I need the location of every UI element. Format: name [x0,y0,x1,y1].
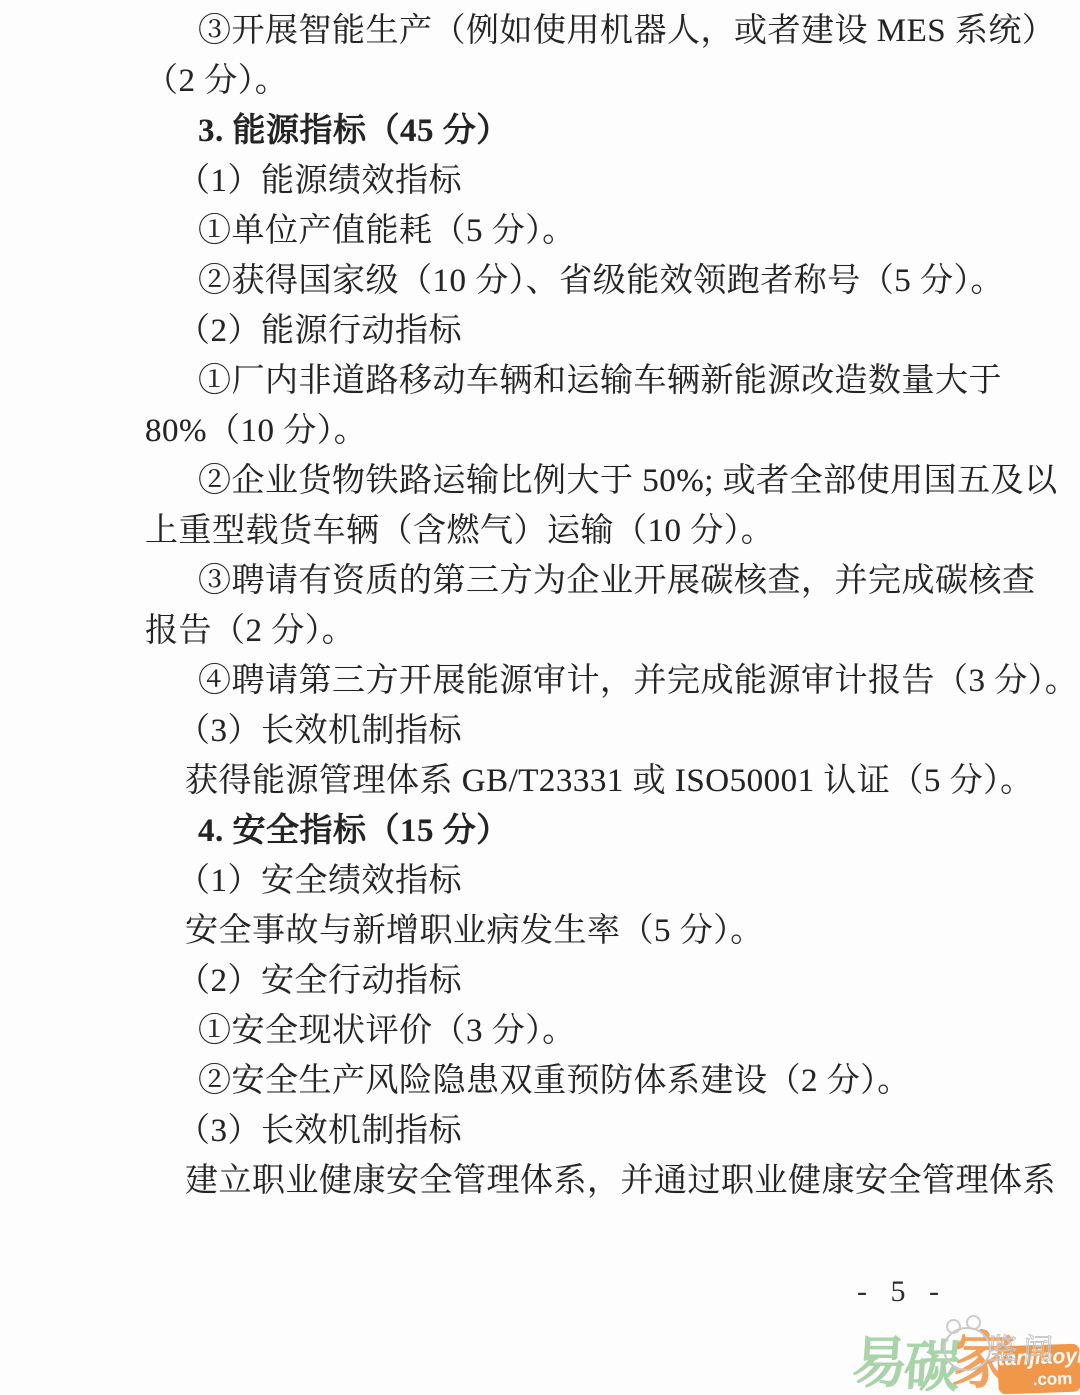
watermark-tld: .com [998,1370,1080,1391]
watermark-logo-char: 碳 [902,1339,962,1395]
doc-line: （1）安全绩效指标 [145,856,965,906]
doc-line: （1）能源绩效指标 [145,156,965,206]
watermark: 家碳易 tanjiaoyi .com 鉴闻 [840,1315,1080,1395]
doc-line: ②企业货物铁路运输比例大于 50%; 或者全部使用国五及以 [145,456,965,506]
page-number: - 5 - [857,1275,947,1309]
document-body: ③开展智能生产（例如使用机器人，或者建设 MES 系统）（2 分）。3. 能源指… [145,6,965,1206]
doc-line: ①安全现状评价（3 分）。 [145,1006,965,1056]
doc-line: 报告（2 分）。 [145,606,965,656]
doc-lines: ③开展智能生产（例如使用机器人，或者建设 MES 系统）（2 分）。3. 能源指… [145,6,965,1206]
doc-line: 上重型载货车辆（含燃气）运输（10 分）。 [145,506,965,556]
doc-line: ③聘请有资质的第三方为企业开展碳核查，并完成碳核查 [145,556,965,606]
doc-line: 获得能源管理体系 GB/T23331 或 ISO50001 认证（5 分）。 [145,756,965,806]
watermark-logo-char: 易 [850,1335,910,1391]
doc-line: （2 分）。 [145,56,965,106]
doc-line: ③开展智能生产（例如使用机器人，或者建设 MES 系统） [145,6,965,56]
doc-line: 安全事故与新增职业病发生率（5 分）。 [145,906,965,956]
doc-line: （2）安全行动指标 [145,956,965,1006]
doc-line: （2）能源行动指标 [145,306,965,356]
doc-line: 建立职业健康安全管理体系，并通过职业健康安全管理体系 [145,1156,965,1206]
tanjiaoyi-domain-box: tanjiaoyi .com [997,1344,1080,1395]
doc-line: ①厂内非道路移动车辆和运输车辆新能源改造数量大于 [145,356,965,406]
tanjiaoyi-logo: 家碳易 tanjiaoyi .com [840,1315,1080,1395]
doc-line: 4. 安全指标（15 分） [145,806,965,856]
doc-line: （3）长效机制指标 [145,1106,965,1156]
document-page: { "document": { "lines": [ {"text": "③开展… [0,0,1080,1395]
doc-line: ②获得国家级（10 分）、省级能效领跑者称号（5 分）。 [145,256,965,306]
doc-line: ②安全生产风险隐患双重预防体系建设（2 分）。 [145,1056,965,1106]
doc-line: ④聘请第三方开展能源审计，并完成能源审计报告（3 分）。 [145,656,965,706]
doc-line: ①单位产值能耗（5 分）。 [145,206,965,256]
doc-line: 3. 能源指标（45 分） [145,106,965,156]
doc-line: （3）长效机制指标 [145,706,965,756]
doc-line: 80%（10 分）。 [145,406,965,456]
